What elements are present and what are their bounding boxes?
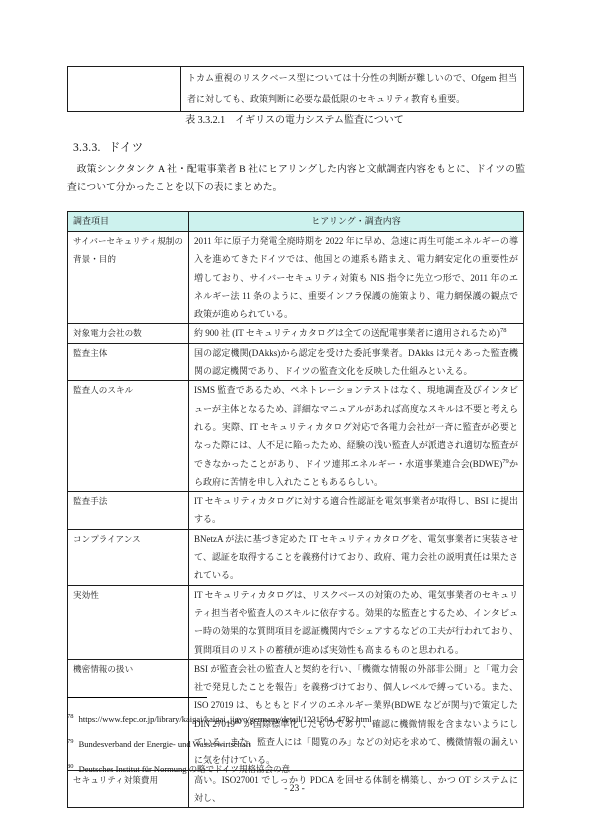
audit-table-header-row: 調査項目 ヒアリング・調査内容 [68, 212, 524, 232]
document-page: トカム重視のリスクベース型については十分性の判断が難しいので、Ofgem 担当者… [0, 0, 589, 837]
audit-item-cell: サイバーセキュリティ規制の背景・目的 [68, 232, 189, 324]
footnote-text: Bundesverband der Energie- und Wasserwir… [79, 739, 251, 749]
table-row: 監査人のスキルISMS 監査であるため、ペネトレーションテストはなく、現地調査及… [68, 381, 524, 492]
footnote-marker: 78 [67, 713, 74, 720]
table-caption: 表 3.3.2.1 イギリスの電力システム監査について [0, 111, 589, 126]
audit-table-header-item: 調査項目 [68, 212, 189, 232]
audit-item-cell: 監査手法 [68, 492, 189, 530]
footnotes: 78 https://www.fepc.or.jp/library/kaigai… [67, 712, 529, 787]
section-heading: 3.3.3.ドイツ [73, 139, 144, 155]
footnote-text: Deutsches Institut für Normung の略でドイツ規格協… [79, 764, 290, 774]
audit-content-cell: IT セキュリティカタログに対する適合性認証を電気事業者が取得し、BSI に提出… [189, 492, 524, 530]
footnote: 80 Deutsches Institut für Normung の略でドイツ… [67, 762, 529, 776]
intro-paragraph: 政策シンクタンク A 社・配電事業者 B 社にヒアリングした内容と文献調査内容を… [67, 161, 525, 196]
table-row: コンプライアンスBNetzA が法に基づき定めた IT セキュリティカタログを、… [68, 529, 524, 585]
audit-item-cell: 実効性 [68, 585, 189, 659]
audit-content-cell: IT セキュリティカタログは、リスクベースの対策のため、電気事業者のセキュリティ… [189, 585, 524, 659]
footnote-marker: 80 [67, 763, 74, 770]
footnote-separator [67, 697, 207, 698]
table-row: トカム重視のリスクベース型については十分性の判断が難しいので、Ofgem 担当者… [68, 67, 524, 112]
audit-content-cell: 2011 年に原子力発電全廃時期を 2022 年に早め、急速に再生可能エネルギー… [189, 232, 524, 324]
audit-content-cell: 国の認定機関(DAkks)から認定を受けた委託事業者。DAkks は元々あった監… [189, 343, 524, 381]
audit-content-cell: ISMS 監査であるため、ペネトレーションテストはなく、現地調査及びインタビュー… [189, 381, 524, 492]
footnote: 79 Bundesverband der Energie- und Wasser… [67, 737, 529, 751]
section-number: 3.3.3. [73, 142, 101, 154]
audit-content-cell: 約 900 社 (IT セキュリティカタログは全ての送配電事業者に適用されるため… [189, 324, 524, 343]
page-number: - 23 - [0, 784, 589, 794]
audit-item-cell: 監査人のスキル [68, 381, 189, 492]
table-row: サイバーセキュリティ規制の背景・目的2011 年に原子力発電全廃時期を 2022… [68, 232, 524, 324]
audit-item-cell: コンプライアンス [68, 529, 189, 585]
previous-table-tail: トカム重視のリスクベース型については十分性の判断が難しいので、Ofgem 担当者… [67, 66, 524, 112]
footnote-marker: 79 [67, 738, 74, 745]
previous-table-item-cell [68, 67, 181, 112]
audit-item-cell: 監査主体 [68, 343, 189, 381]
section-title: ドイツ [109, 142, 144, 154]
audit-table-header-content: ヒアリング・調査内容 [189, 212, 524, 232]
footnote: 78 https://www.fepc.or.jp/library/kaigai… [67, 712, 529, 726]
audit-content-cell: BNetzA が法に基づき定めた IT セキュリティカタログを、電気事業者に実装… [189, 529, 524, 585]
table-row: 監査主体国の認定機関(DAkks)から認定を受けた委託事業者。DAkks は元々… [68, 343, 524, 381]
footnote-ref: 79 [502, 458, 509, 465]
table-row: 実効性IT セキュリティカタログは、リスクベースの対策のため、電気事業者のセキュ… [68, 585, 524, 659]
table-row: 監査手法IT セキュリティカタログに対する適合性認証を電気事業者が取得し、BSI… [68, 492, 524, 530]
audit-item-cell: 対象電力会社の数 [68, 324, 189, 343]
footnote-text: https://www.fepc.or.jp/library/kaigai/ka… [79, 714, 372, 724]
footnote-ref: 78 [500, 327, 507, 334]
table-row: 対象電力会社の数約 900 社 (IT セキュリティカタログは全ての送配電事業者… [68, 324, 524, 343]
previous-table-content-cell: トカム重視のリスクベース型については十分性の判断が難しいので、Ofgem 担当者… [181, 67, 524, 112]
